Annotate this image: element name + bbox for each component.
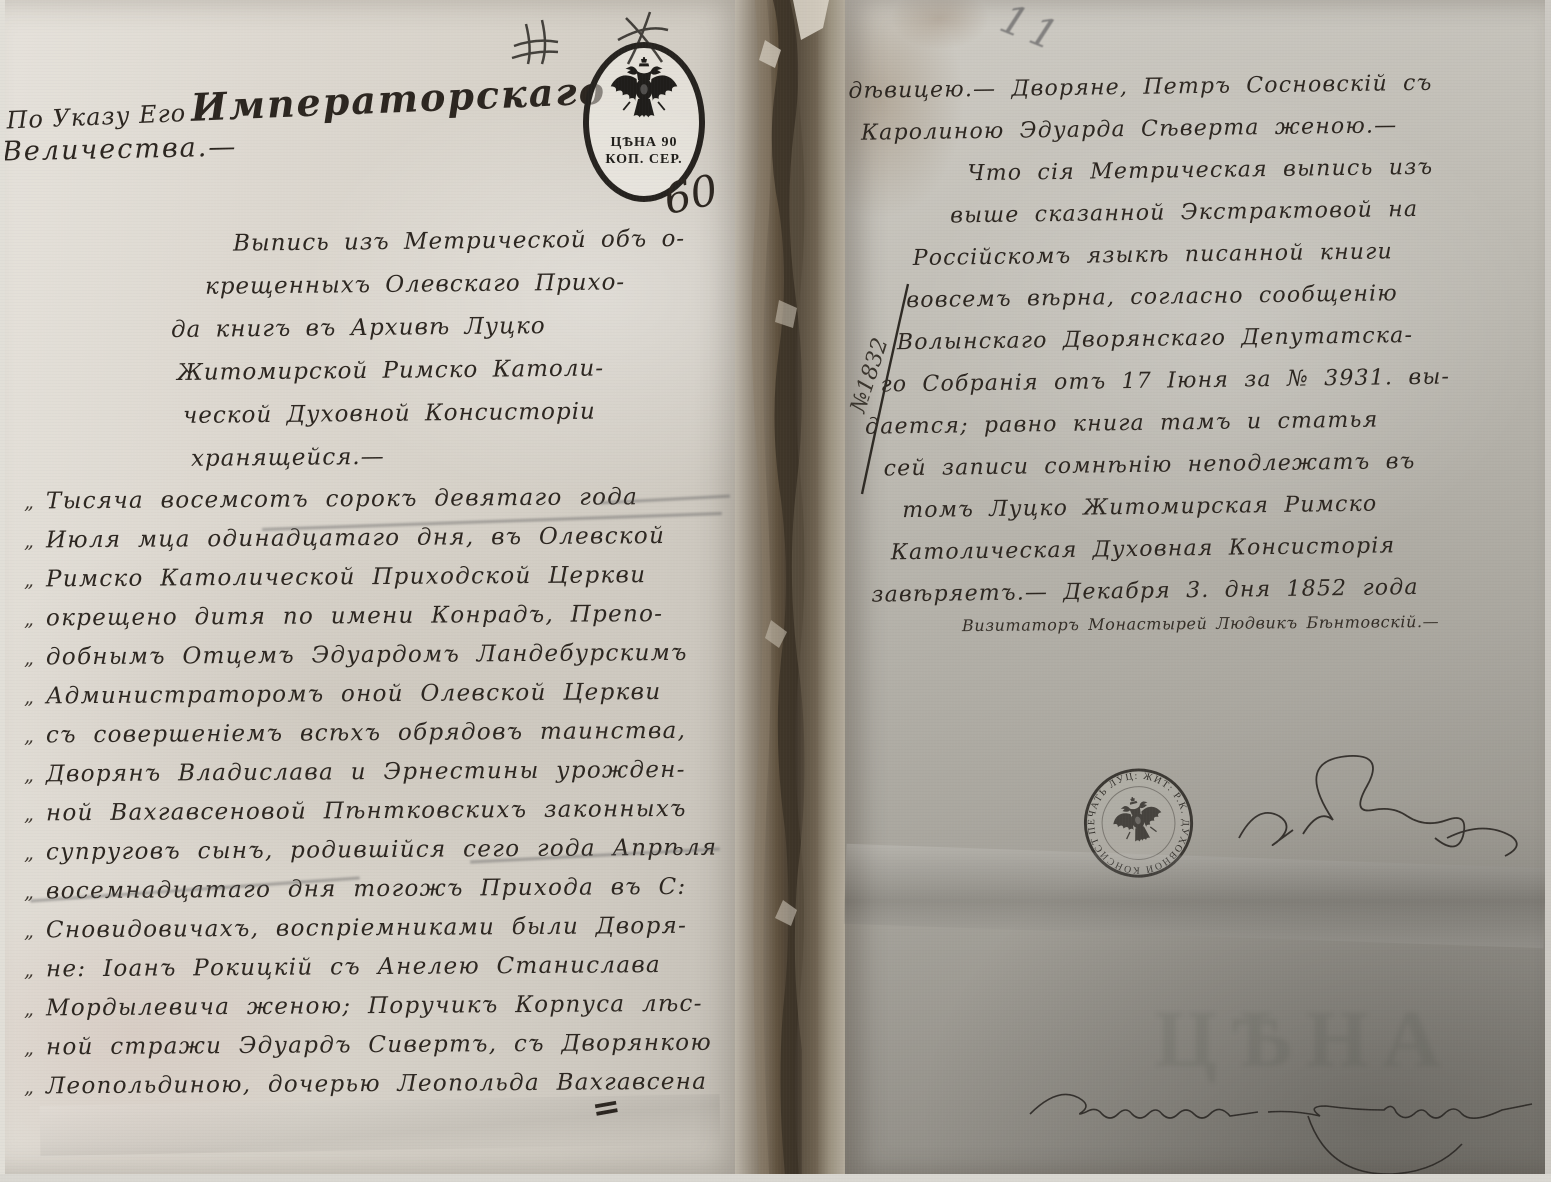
stamp-price-line: ЦѢНА 90 (589, 134, 699, 151)
manuscript-line: завѣряетъ.— Декабря 3. дня 1852 года (871, 573, 1551, 608)
ditto-mark: „ (24, 647, 46, 669)
manuscript-line: „супруговъ сынъ, родившійся сего года Ап… (24, 835, 740, 866)
manuscript-line: го Собранія отъ 17 Іюня за № 3931. вы- (880, 363, 1550, 397)
manuscript-line: дается; равно книга тамъ и статья (865, 405, 1551, 440)
manuscript-line: Каролиною Эдуарда Сѣверта женою.— (861, 111, 1547, 146)
ditto-mark: „ (24, 530, 46, 552)
ditto-mark: „ (24, 686, 46, 708)
manuscript-line: „не: Іоанъ Рокицкій съ Анелею Станислава (24, 952, 740, 983)
photo-edge (0, 0, 5, 1182)
manuscript-line: „добнымъ Отцемъ Эдуардомъ Ландебурскимъ (24, 640, 740, 671)
manuscript-line: Выпись изъ Метрической объ о- (233, 225, 740, 256)
ditto-mark: „ (24, 569, 46, 591)
manuscript-line: Житомирской Римско Католи- (177, 354, 740, 386)
manuscript-line: ческой Духовной Консисторіи (183, 397, 740, 429)
manuscript-line: „ной Вахгавсеновой Пѣнтковскихъ законных… (24, 796, 740, 827)
manuscript-line: „съ совершеніемъ всѣхъ обрядовъ таинства… (24, 718, 740, 749)
manuscript-line: Что сія Метрическая выпись изъ (967, 153, 1547, 186)
manuscript-line: Волынскаго Дворянскаго Депутатска- (897, 321, 1550, 355)
manuscript-line: „Мордылевича женою; Поручикъ Корпуса лѣс… (24, 991, 740, 1022)
ditto-mark: „ (24, 1037, 46, 1059)
manuscript-line: Россійскомъ языкѣ писанной книги (913, 237, 1549, 271)
manuscript-line: хранящейся.— (191, 440, 740, 472)
ditto-mark: „ (24, 764, 46, 786)
margin-pen-stroke (850, 280, 920, 500)
ditto-mark: „ (24, 608, 46, 630)
manuscript-line: „Римско Католической Приходской Церкви (24, 562, 740, 593)
signature-flourish (1022, 1072, 1547, 1177)
manuscript-line: Католическая Духовная Консисторія (891, 531, 1551, 565)
ditto-mark: „ (24, 1076, 46, 1098)
manuscript-line: „Администраторомъ оной Олевской Церкви (24, 679, 740, 710)
book-binding (735, 0, 845, 1174)
photo-edge (1545, 0, 1551, 1182)
manuscript-line: да книгъ въ Архивѣ Луцко (171, 311, 740, 343)
manuscript-line: вовсемъ вѣрна, согласно сообщенію (906, 279, 1549, 313)
manuscript-line: выше сказанной Экстрактовой на (950, 195, 1548, 228)
manuscript-line: „ной стражи Эдуардъ Сивертъ, съ Дворянко… (24, 1030, 740, 1061)
manuscript-line: „Дворянъ Владислава и Эрнестины урожден- (24, 757, 740, 788)
manuscript-photo: По Указу Его Императорскаго Величества.—… (0, 0, 1551, 1182)
ditto-mark: „ (24, 491, 46, 513)
manuscript-line: крещенныхъ Олевскаго Прихо- (205, 268, 740, 300)
manuscript-line: „Сновидовичахъ, воспріемниками были Двор… (24, 913, 740, 944)
left-body-text: „Тысяча восемсотъ сорокъ девятаго года „… (24, 486, 740, 1110)
ditto-mark: „ (24, 998, 46, 1020)
photo-edge (0, 1174, 1551, 1182)
bleed-through-price-text: ЦѢНА (1155, 995, 1454, 1086)
header-prefix: По Указу Его (6, 99, 187, 135)
manuscript-line: томъ Луцко Житомирская Римско (902, 489, 1551, 523)
ditto-mark: „ (24, 725, 46, 747)
header-line-2: Величества.— (2, 132, 238, 168)
manuscript-line: „Июля мца одинадцатаго дня, въ Олевской (24, 523, 740, 554)
signature-flourish (1233, 742, 1543, 877)
ditto-mark: „ (24, 920, 46, 942)
manuscript-line: сей записи сомнѣнію неподлежатъ въ (883, 447, 1551, 481)
pen-cross-marks (498, 6, 688, 86)
ditto-mark: „ (24, 959, 46, 981)
manuscript-line: „восемнадцатаго дня тогожъ Прихода въ С: (24, 874, 740, 905)
manuscript-line: „окрещено дитя по имени Конрадъ, Препо- (24, 601, 740, 632)
ditto-mark: „ (24, 803, 46, 825)
stamp-price-line: КОП. СЕР. (589, 151, 699, 168)
ditto-mark: „ (24, 842, 46, 864)
intro-paragraph: Выпись изъ Метрической объ о- крещенныхъ… (175, 228, 740, 486)
right-body-text: дѣвицею.— Дворяне, Петръ Сосновскій съ К… (848, 69, 1551, 625)
